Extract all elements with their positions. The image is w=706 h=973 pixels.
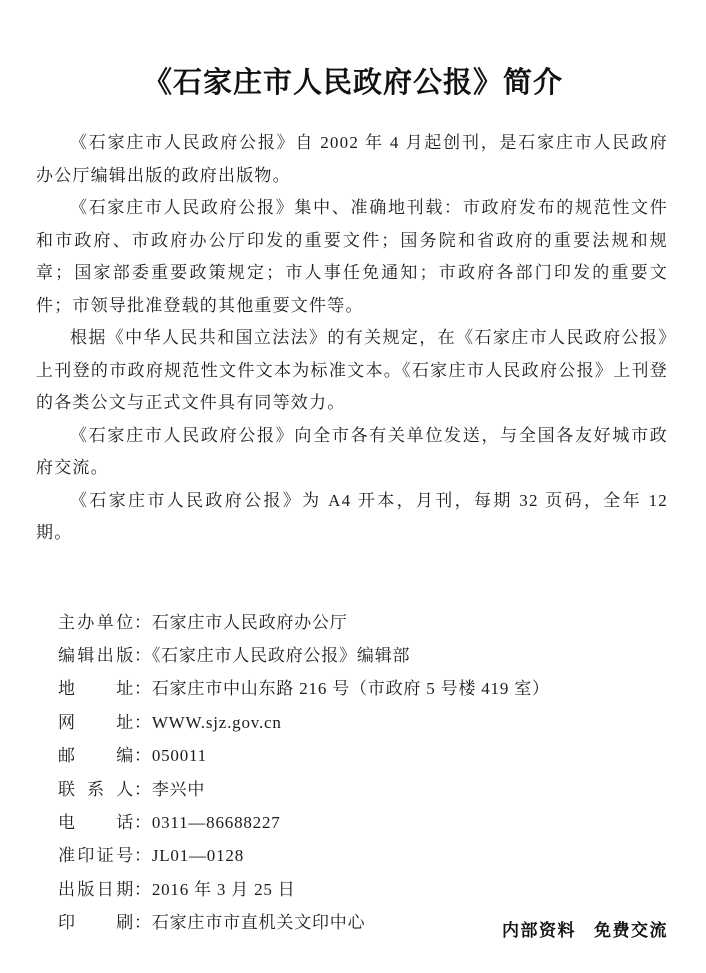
info-label: 出版日期 <box>58 873 134 906</box>
info-label: 主办单位 <box>58 606 134 639</box>
info-separator: ： <box>134 913 152 932</box>
info-label: 准印证号 <box>58 839 134 872</box>
info-label: 电话 <box>58 806 134 839</box>
info-value: 050011 <box>152 746 207 765</box>
info-separator: ： <box>134 646 152 665</box>
info-value: 李兴中 <box>152 780 205 799</box>
info-row-address: 地址：石家庄市中山东路 216 号（市政府 5 号楼 419 室） <box>58 672 668 705</box>
info-label: 编辑出版 <box>58 639 134 672</box>
info-separator: ： <box>134 846 152 865</box>
info-separator: ： <box>134 613 152 632</box>
intro-paragraph: 《石家庄市人民政府公报》为 A4 开本，月刊，每期 32 页码，全年 12 期。 <box>36 485 668 550</box>
intro-paragraph: 《石家庄市人民政府公报》自 2002 年 4 月起创刊，是石家庄市人民政府办公厅… <box>36 127 668 192</box>
intro-paragraph: 根据《中华人民共和国立法法》的有关规定，在《石家庄市人民政府公报》上刊登的市政府… <box>36 322 668 420</box>
info-row-sponsor: 主办单位：石家庄市人民政府办公厅 <box>58 606 668 639</box>
info-value: 《石家庄市人民政府公报》编辑部 <box>152 646 411 665</box>
footer-note: 内部资料免费交流 <box>502 916 668 941</box>
info-row-phone: 电话：0311—86688227 <box>58 806 668 839</box>
info-value: 石家庄市市直机关文印中心 <box>152 913 366 932</box>
info-label: 网址 <box>58 706 134 739</box>
page-title: 《石家庄市人民政府公报》简介 <box>0 60 706 101</box>
info-separator: ： <box>134 880 152 899</box>
info-row-publisher: 编辑出版：《石家庄市人民政府公报》编辑部 <box>58 639 668 672</box>
intro-body: 《石家庄市人民政府公报》自 2002 年 4 月起创刊，是石家庄市人民政府办公厅… <box>36 127 668 550</box>
info-separator: ： <box>134 679 152 698</box>
info-label: 地址 <box>58 672 134 705</box>
info-value: 石家庄市人民政府办公厅 <box>152 613 348 632</box>
footer-note-free-exchange: 免费交流 <box>594 921 668 940</box>
info-value: 2016 年 3 月 25 日 <box>152 880 296 899</box>
info-separator: ： <box>134 746 152 765</box>
info-row-pubdate: 出版日期：2016 年 3 月 25 日 <box>58 873 668 906</box>
info-value: 石家庄市中山东路 216 号（市政府 5 号楼 419 室） <box>152 679 550 698</box>
info-separator: ： <box>134 713 152 732</box>
info-row-permit: 准印证号：JL01—0128 <box>58 839 668 872</box>
info-row-postcode: 邮编：050011 <box>58 739 668 772</box>
info-value: 0311—86688227 <box>152 813 281 832</box>
info-label: 邮编 <box>58 739 134 772</box>
intro-paragraph: 《石家庄市人民政府公报》集中、准确地刊载：市政府发布的规范性文件和市政府、市政府… <box>36 192 668 322</box>
info-separator: ： <box>134 813 152 832</box>
info-label: 印刷 <box>58 906 134 939</box>
info-row-website: 网址：WWW.sjz.gov.cn <box>58 706 668 739</box>
info-label: 联系人 <box>58 773 134 806</box>
info-separator: ： <box>134 780 152 799</box>
info-row-contact: 联系人：李兴中 <box>58 773 668 806</box>
footer-note-internal: 内部资料 <box>502 921 576 940</box>
info-value: JL01—0128 <box>152 846 244 865</box>
intro-paragraph: 《石家庄市人民政府公报》向全市各有关单位发送，与全国各友好城市政府交流。 <box>36 420 668 485</box>
gazette-intro-page: 《石家庄市人民政府公报》简介 《石家庄市人民政府公报》自 2002 年 4 月起… <box>0 0 706 973</box>
publication-info-list: 主办单位：石家庄市人民政府办公厅 编辑出版：《石家庄市人民政府公报》编辑部 地址… <box>58 606 668 940</box>
info-value: WWW.sjz.gov.cn <box>152 713 282 732</box>
